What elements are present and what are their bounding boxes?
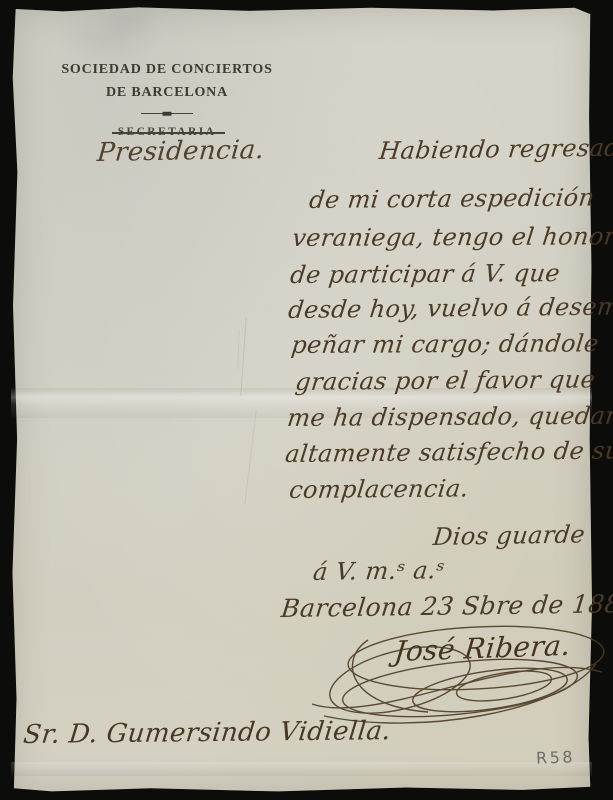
handwritten-line-4: de participar á V. que [289,261,561,287]
handwritten-department: Presidencia. [96,137,265,166]
handwritten-line-8: me ha dispensado, quedando [286,403,613,430]
paper-scratch [244,410,257,504]
handwritten-line-1: Habiendo regresado [378,135,613,163]
dateline: Barcelona 23 Sbre de 1882. [280,591,613,621]
letterhead: SOCIEDAD DE CONCIERTOS DE BARCELONA SECR… [52,62,282,140]
handwritten-line-3: veraniega, tengo el honor [291,224,613,250]
handwritten-line-7: gracias por el favor que [294,367,597,394]
bleedthrough-stain [55,10,165,65]
scan-background: SOCIEDAD DE CONCIERTOS DE BARCELONA SECR… [0,0,613,800]
paper-scratch [240,318,246,396]
handwritten-line-2: de mi corta espedición [308,185,596,212]
letterhead-divider-rule [141,113,193,114]
handwritten-line-5: desde hoy, vuelvo á desem= [287,294,613,322]
handwritten-line-6: peñar mi cargo; dándole [290,331,600,357]
letterhead-city: DE BARCELONA [52,85,282,101]
handwritten-line-10: complacencia. [288,476,470,502]
closing-a-v-ms-as: á V. m.ˢ a.ˢ [312,558,446,584]
letter-content: SOCIEDAD DE CONCIERTOS DE BARCELONA SECR… [0,0,613,800]
bleedthrough-stain [95,0,165,40]
signature: José Ribera. [393,632,572,666]
divider-diamond-ornament [163,111,172,116]
archival-mark-pencil: R58 [536,747,576,767]
handwritten-line-9: altamente satisfecho de su [284,438,613,466]
paper-scratch [237,330,239,370]
fold-crease-bottom [11,762,592,776]
letterhead-society-name: SOCIEDAD DE CONCIERTOS [52,62,282,78]
closing-dios-guarde: Dios guarde [432,522,586,549]
